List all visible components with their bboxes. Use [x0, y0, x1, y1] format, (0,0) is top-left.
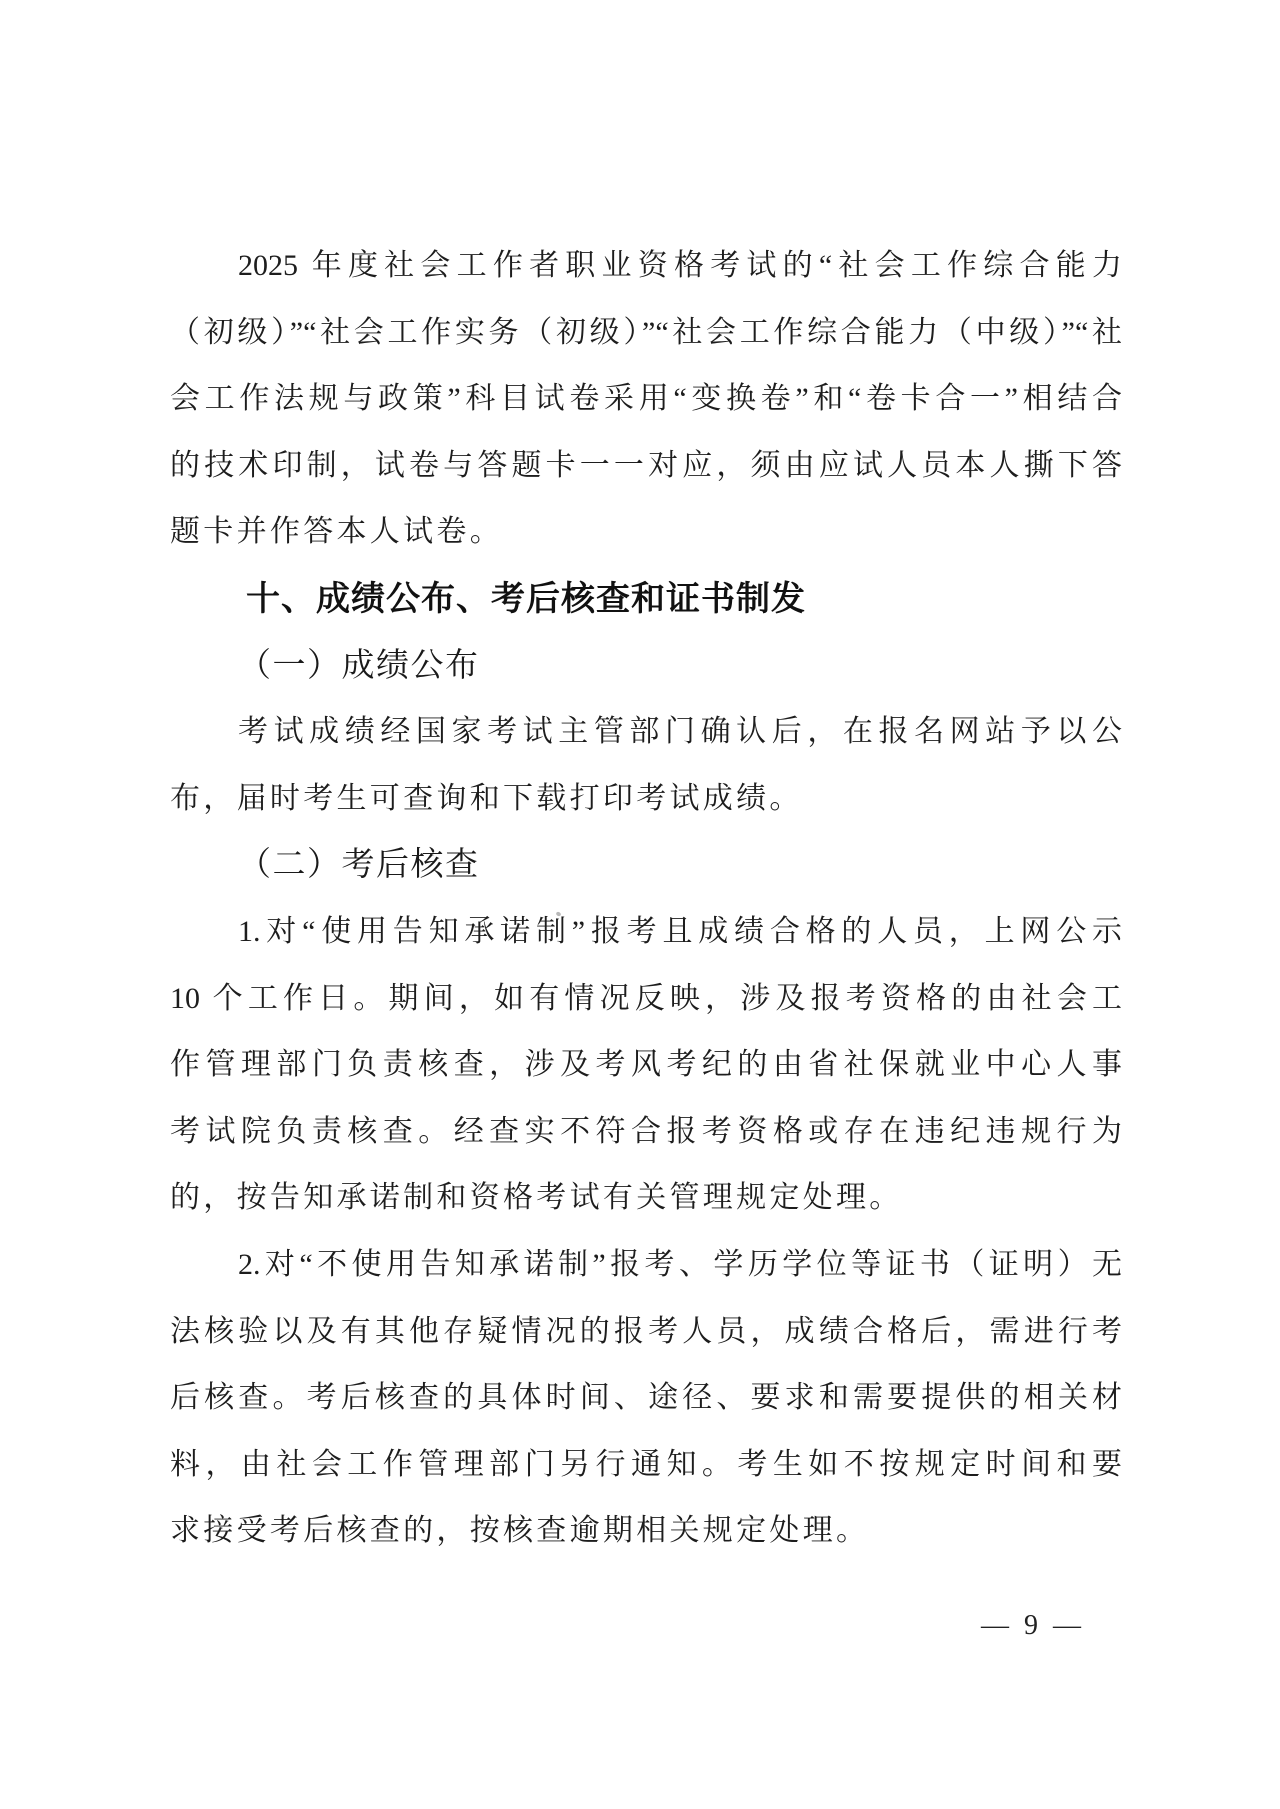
body-line: 1.对“使用告知承诺制”报考且成绩合格的人员，上网公示: [170, 899, 1122, 966]
body-line: （初级）”“社会工作实务（初级）”“社会工作综合能力（中级）”“社: [170, 300, 1122, 367]
body-line: 法核验以及有其他存疑情况的报考人员，成绩合格后，需进行考: [170, 1299, 1122, 1366]
body-line: 会工作法规与政策”科目试卷采用“变换卷”和“卷卡合一”相结合: [170, 366, 1122, 433]
body-line: 考试成绩经国家考试主管部门确认后，在报名网站予以公: [170, 699, 1122, 766]
body-line: 2.对“不使用告知承诺制”报考、学历学位等证书（证明）无: [170, 1232, 1122, 1299]
subsection-heading: （二）考后核查: [170, 832, 1122, 899]
body-line: 布，届时考生可查询和下载打印考试成绩。: [170, 766, 1122, 833]
page-number: — 9 —: [981, 1606, 1085, 1646]
body-line: 考试院负责核查。经查实不符合报考资格或存在违纪违规行为: [170, 1099, 1122, 1166]
body-line: 作管理部门负责核查，涉及考风考纪的由省社保就业中心人事: [170, 1032, 1122, 1099]
subsection-heading: （一）成绩公布: [170, 633, 1122, 700]
body-line: 2025 年度社会工作者职业资格考试的“社会工作综合能力: [170, 233, 1122, 300]
body-line: 后核查。考后核查的具体时间、途径、要求和需要提供的相关材: [170, 1365, 1122, 1432]
body-line: 求接受考后核查的，按核查逾期相关规定处理。: [170, 1498, 1122, 1565]
body-line: 的，按告知承诺制和资格考试有关管理规定处理。: [170, 1165, 1122, 1232]
document-page: 2025 年度社会工作者职业资格考试的“社会工作综合能力 （初级）”“社会工作实…: [0, 0, 1280, 1809]
body-line: 题卡并作答本人试卷。: [170, 499, 1122, 566]
section-heading: 十、成绩公布、考后核查和证书制发: [170, 566, 1122, 633]
body-line: 料，由社会工作管理部门另行通知。考生如不按规定时间和要: [170, 1432, 1122, 1499]
body-line: 的技术印制，试卷与答题卡一一对应，须由应试人员本人撕下答: [170, 433, 1122, 500]
body-line: 10 个工作日。期间，如有情况反映，涉及报考资格的由社会工: [170, 966, 1122, 1033]
document-body: 2025 年度社会工作者职业资格考试的“社会工作综合能力 （初级）”“社会工作实…: [170, 233, 1122, 1565]
